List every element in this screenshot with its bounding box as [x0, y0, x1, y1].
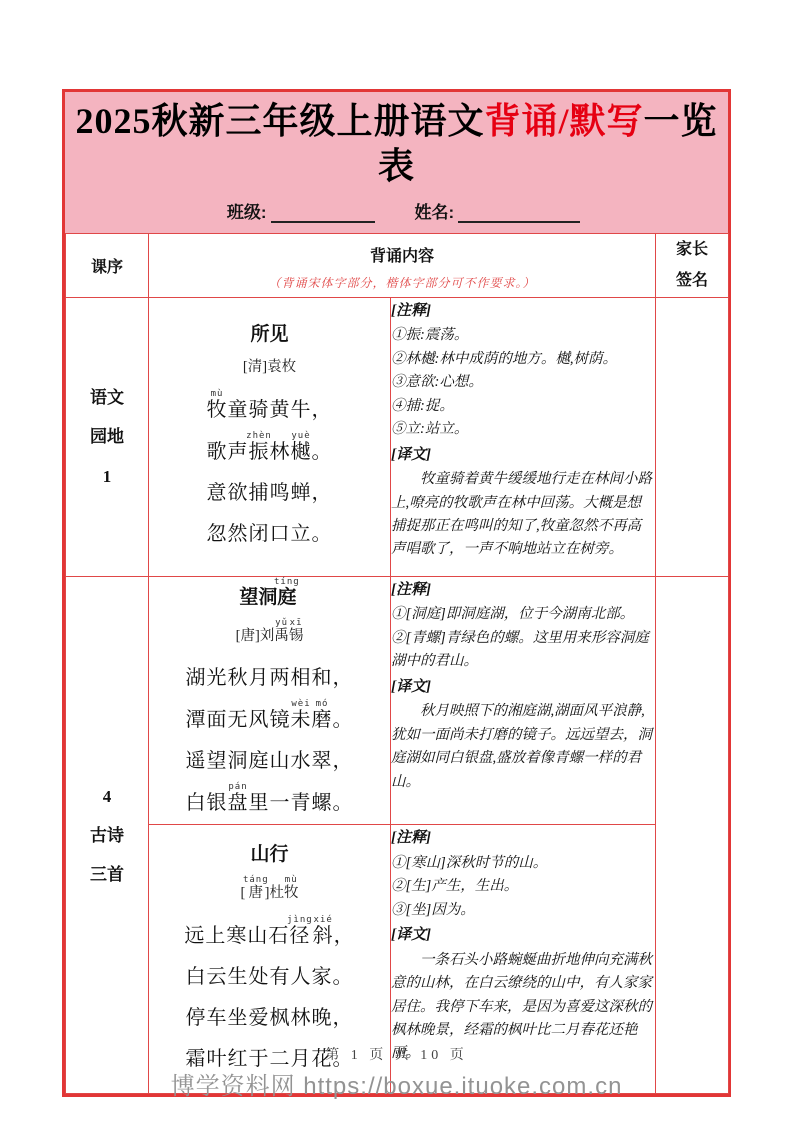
pinyin-annotated-char: 樾yuè: [291, 441, 312, 463]
poem-line: 远上寒山石径jìng斜xié，: [149, 915, 390, 957]
poem-cell-suojian: 所见 [清]袁枚 牧mù童骑黄牛，歌声振zhèn林樾yuè。意欲捕鸣蝉，忽然闭口…: [149, 298, 391, 577]
poem-title: 望洞庭tíng: [149, 577, 390, 614]
notes-cell-wangdongting: [注释]①[洞庭]即洞庭湖，位于今湖南北部。②[青螺]青绿色的螺。这里用来形容洞…: [391, 577, 656, 825]
poem-line: 遥望洞庭山水翠，: [149, 741, 390, 782]
name-label: 姓名:: [415, 203, 455, 222]
poem-line: 忽然闭口立。: [149, 514, 390, 555]
note-line: ①[寒山]深秋时节的山。: [391, 852, 655, 875]
note-section-heading: [译文]: [391, 443, 655, 467]
pinyin-annotated-char: 振zhèn: [249, 441, 270, 463]
note-line: ②[生]产生，生出。: [391, 875, 655, 898]
watermark-site-name: 博学资料网: [171, 1073, 296, 1100]
pinyin-annotated-char: 牧mù: [284, 885, 299, 901]
pinyin-annotated-char: 斜xié: [313, 925, 334, 947]
note-line: ③意欲:心想。: [391, 371, 655, 394]
title-block: 2025秋新三年级上册语文背诵/默写一览表 班级:姓名:: [65, 92, 728, 233]
poem-line: 白云生处有人家。: [149, 957, 390, 998]
column-header-lesson: 课序: [66, 234, 149, 298]
signature-cell-row2: [656, 577, 729, 1094]
poem-line: 白银盘pán里一青螺。: [149, 782, 390, 824]
notes-cell-suojian: [注释]①振:震荡。②林樾:林中成荫的地方。樾,树荫。③意欲:心想。④捕:捉。⑤…: [391, 298, 656, 577]
poem-body: 湖光秋月两相和，潭面无风镜未wèi磨mó。遥望洞庭山水翠，白银盘pán里一青螺。: [149, 658, 390, 824]
column-header-content: 背诵内容 （背诵宋体字部分，楷体字部分可不作要求。）: [149, 234, 656, 298]
lesson-line: 4: [66, 777, 148, 816]
pinyin-annotated-char: 磨mó: [312, 709, 333, 731]
note-section-heading: [注释]: [391, 826, 655, 850]
note-line: ①振:震荡。: [391, 324, 655, 347]
pinyin-annotated-char: 未wèi: [291, 709, 312, 731]
title-part-black-1: 2025秋新三年级上册语文: [75, 101, 484, 141]
signature-header-line-2: 签名: [656, 266, 728, 296]
poem-line: 牧mù童骑黄牛，: [149, 389, 390, 431]
note-line: ②[青螺]青绿色的螺。这里用来形容洞庭湖中的君山。: [391, 627, 655, 674]
poem-author: [唐]刘禹yǔ锡xī: [149, 618, 390, 648]
table-row-lesson-gushisanshou-a: 4古诗三首 望洞庭tíng [唐]刘禹yǔ锡xī 湖光秋月两相和，潭面无风镜未w…: [66, 577, 729, 825]
note-section-heading: [译文]: [391, 923, 655, 947]
note-line: ①[洞庭]即洞庭湖，位于今湖南北部。: [391, 603, 655, 626]
title-part-red: 背诵/默写: [484, 101, 643, 141]
poem-title: 山行: [149, 839, 390, 871]
poem-line: 歌声振zhèn林樾yuè。: [149, 431, 390, 473]
lesson-line: 1: [66, 457, 148, 496]
lesson-cell-yuwenyuandi1: 语文园地1: [66, 298, 149, 577]
note-section-heading: [译文]: [391, 675, 655, 699]
poem-line: 潭面无风镜未wèi磨mó。: [149, 699, 390, 741]
pinyin-annotated-char: 径jìng: [289, 925, 312, 947]
note-line: ②林樾:林中成荫的地方。樾,树荫。: [391, 348, 655, 371]
content-table: 课序 背诵内容 （背诵宋体字部分，楷体字部分可不作要求。） 家长 签名 语文园地…: [65, 233, 729, 1094]
pinyin-annotated-char: 禹yǔ: [274, 628, 289, 644]
note-section-heading: [注释]: [391, 578, 655, 602]
recitation-sheet: 2025秋新三年级上册语文背诵/默写一览表 班级:姓名: 课序 背诵内容 （背诵…: [62, 89, 731, 1097]
lesson-line: 语文: [66, 378, 148, 417]
poem-author: [唐táng]杜牧mù: [149, 875, 390, 905]
note-line: ⑤立:站立。: [391, 418, 655, 441]
poem-line: 意欲捕鸣蝉，: [149, 473, 390, 514]
poem-title: 所见: [149, 319, 390, 351]
poem-cell-wangdongting: 望洞庭tíng [唐]刘禹yǔ锡xī 湖光秋月两相和，潭面无风镜未wèi磨mó。…: [149, 577, 391, 825]
note-line: ④捕:捉。: [391, 395, 655, 418]
poem-author: [清]袁枚: [149, 356, 390, 379]
note-line: ③[坐]因为。: [391, 899, 655, 922]
poem-line: 湖光秋月两相和，: [149, 658, 390, 699]
class-label: 班级:: [227, 203, 267, 222]
table-header-row: 课序 背诵内容 （背诵宋体字部分，楷体字部分可不作要求。） 家长 签名: [66, 234, 729, 298]
document-page: 2025秋新三年级上册语文背诵/默写一览表 班级:姓名: 课序 背诵内容 （背诵…: [0, 0, 793, 1122]
table-row-lesson-yuwenyuandi1: 语文园地1 所见 [清]袁枚 牧mù童骑黄牛，歌声振zhèn林樾yuè。意欲捕鸣…: [66, 298, 729, 577]
page-number: 第 1 页 共 10 页: [0, 1044, 793, 1064]
lesson-line: 园地: [66, 417, 148, 456]
lesson-line: 三首: [66, 855, 148, 894]
poem-line: 停车坐爱枫林晚，: [149, 998, 390, 1039]
page-title: 2025秋新三年级上册语文背诵/默写一览表: [65, 99, 728, 189]
content-header-note: （背诵宋体字部分，楷体字部分可不作要求。）: [149, 274, 655, 291]
class-name-line: 班级:姓名:: [65, 198, 728, 223]
watermark-site-url: https://boxue.ituoke.com.cn: [303, 1073, 622, 1100]
note-line: 秋月映照下的湘庭湖,湖面风平浪静,犹如一面尚未打磨的镜子。远远望去，洞庭湖如同白…: [391, 700, 655, 794]
signature-header-line-1: 家长: [656, 235, 728, 265]
column-header-signature: 家长 签名: [656, 234, 729, 298]
content-header-label: 背诵内容: [149, 243, 655, 266]
pinyin-annotated-char: 唐táng: [245, 885, 264, 901]
pinyin-annotated-char: 庭tíng: [277, 587, 299, 608]
class-blank-field: [271, 207, 375, 223]
lesson-line: 古诗: [66, 816, 148, 855]
poem-body: 牧mù童骑黄牛，歌声振zhèn林樾yuè。意欲捕鸣蝉，忽然闭口立。: [149, 389, 390, 555]
lesson-cell-gushisanshou: 4古诗三首: [66, 577, 149, 1094]
pinyin-annotated-char: 锡xī: [289, 628, 304, 644]
note-line: 牧童骑着黄牛缓缓地行走在林间小路上,嘹亮的牧歌声在林中回荡。大概是想捕捉那正在鸣…: [391, 468, 655, 562]
note-section-heading: [注释]: [391, 299, 655, 323]
pinyin-annotated-char: 盘pán: [228, 792, 249, 814]
watermark: 博学资料网 https://boxue.ituoke.com.cn: [0, 1066, 793, 1101]
signature-cell-row1: [656, 298, 729, 577]
name-blank-field: [458, 207, 580, 223]
pinyin-annotated-char: 牧mù: [207, 399, 228, 421]
